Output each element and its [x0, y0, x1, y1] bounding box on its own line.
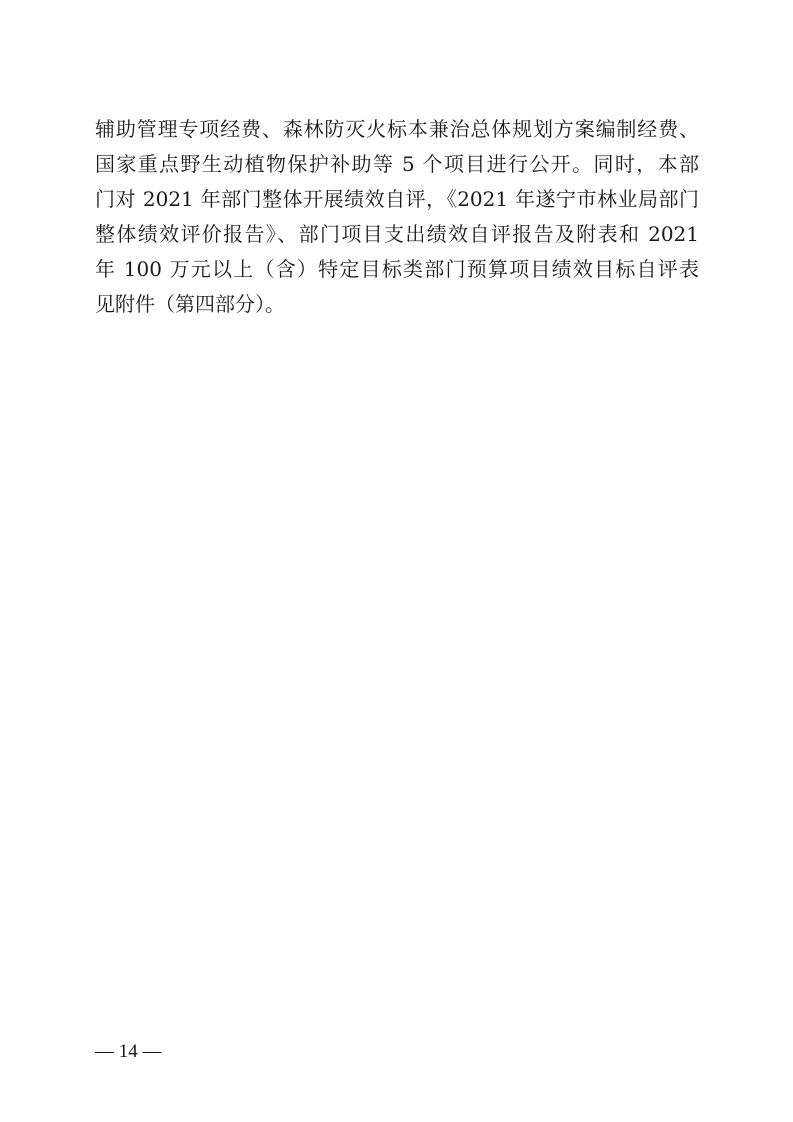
- paragraph-line: 年 100 万元以上（含）特定目标类部门预算项目绩效目标自评表: [95, 252, 699, 287]
- paragraph-line: 见附件（第四部分）。: [95, 287, 699, 322]
- body-paragraph: 辅助管理专项经费、森林防灭火标本兼治总体规划方案编制经费、 国家重点野生动植物保…: [95, 112, 699, 322]
- paragraph-line: 门对 2021 年部门整体开展绩效自评，《2021 年遂宁市林业局部门: [95, 182, 699, 217]
- paragraph-line: 国家重点野生动植物保护补助等 5 个项目进行公开。同时，本部: [95, 147, 699, 182]
- document-page: 辅助管理专项经费、森林防灭火标本兼治总体规划方案编制经费、 国家重点野生动植物保…: [0, 0, 793, 1122]
- paragraph-line: 辅助管理专项经费、森林防灭火标本兼治总体规划方案编制经费、: [95, 112, 699, 147]
- paragraph-line: 整体绩效评价报告》、部门项目支出绩效自评报告及附表和 2021: [95, 217, 699, 252]
- page-number: — 14 —: [95, 1040, 162, 1064]
